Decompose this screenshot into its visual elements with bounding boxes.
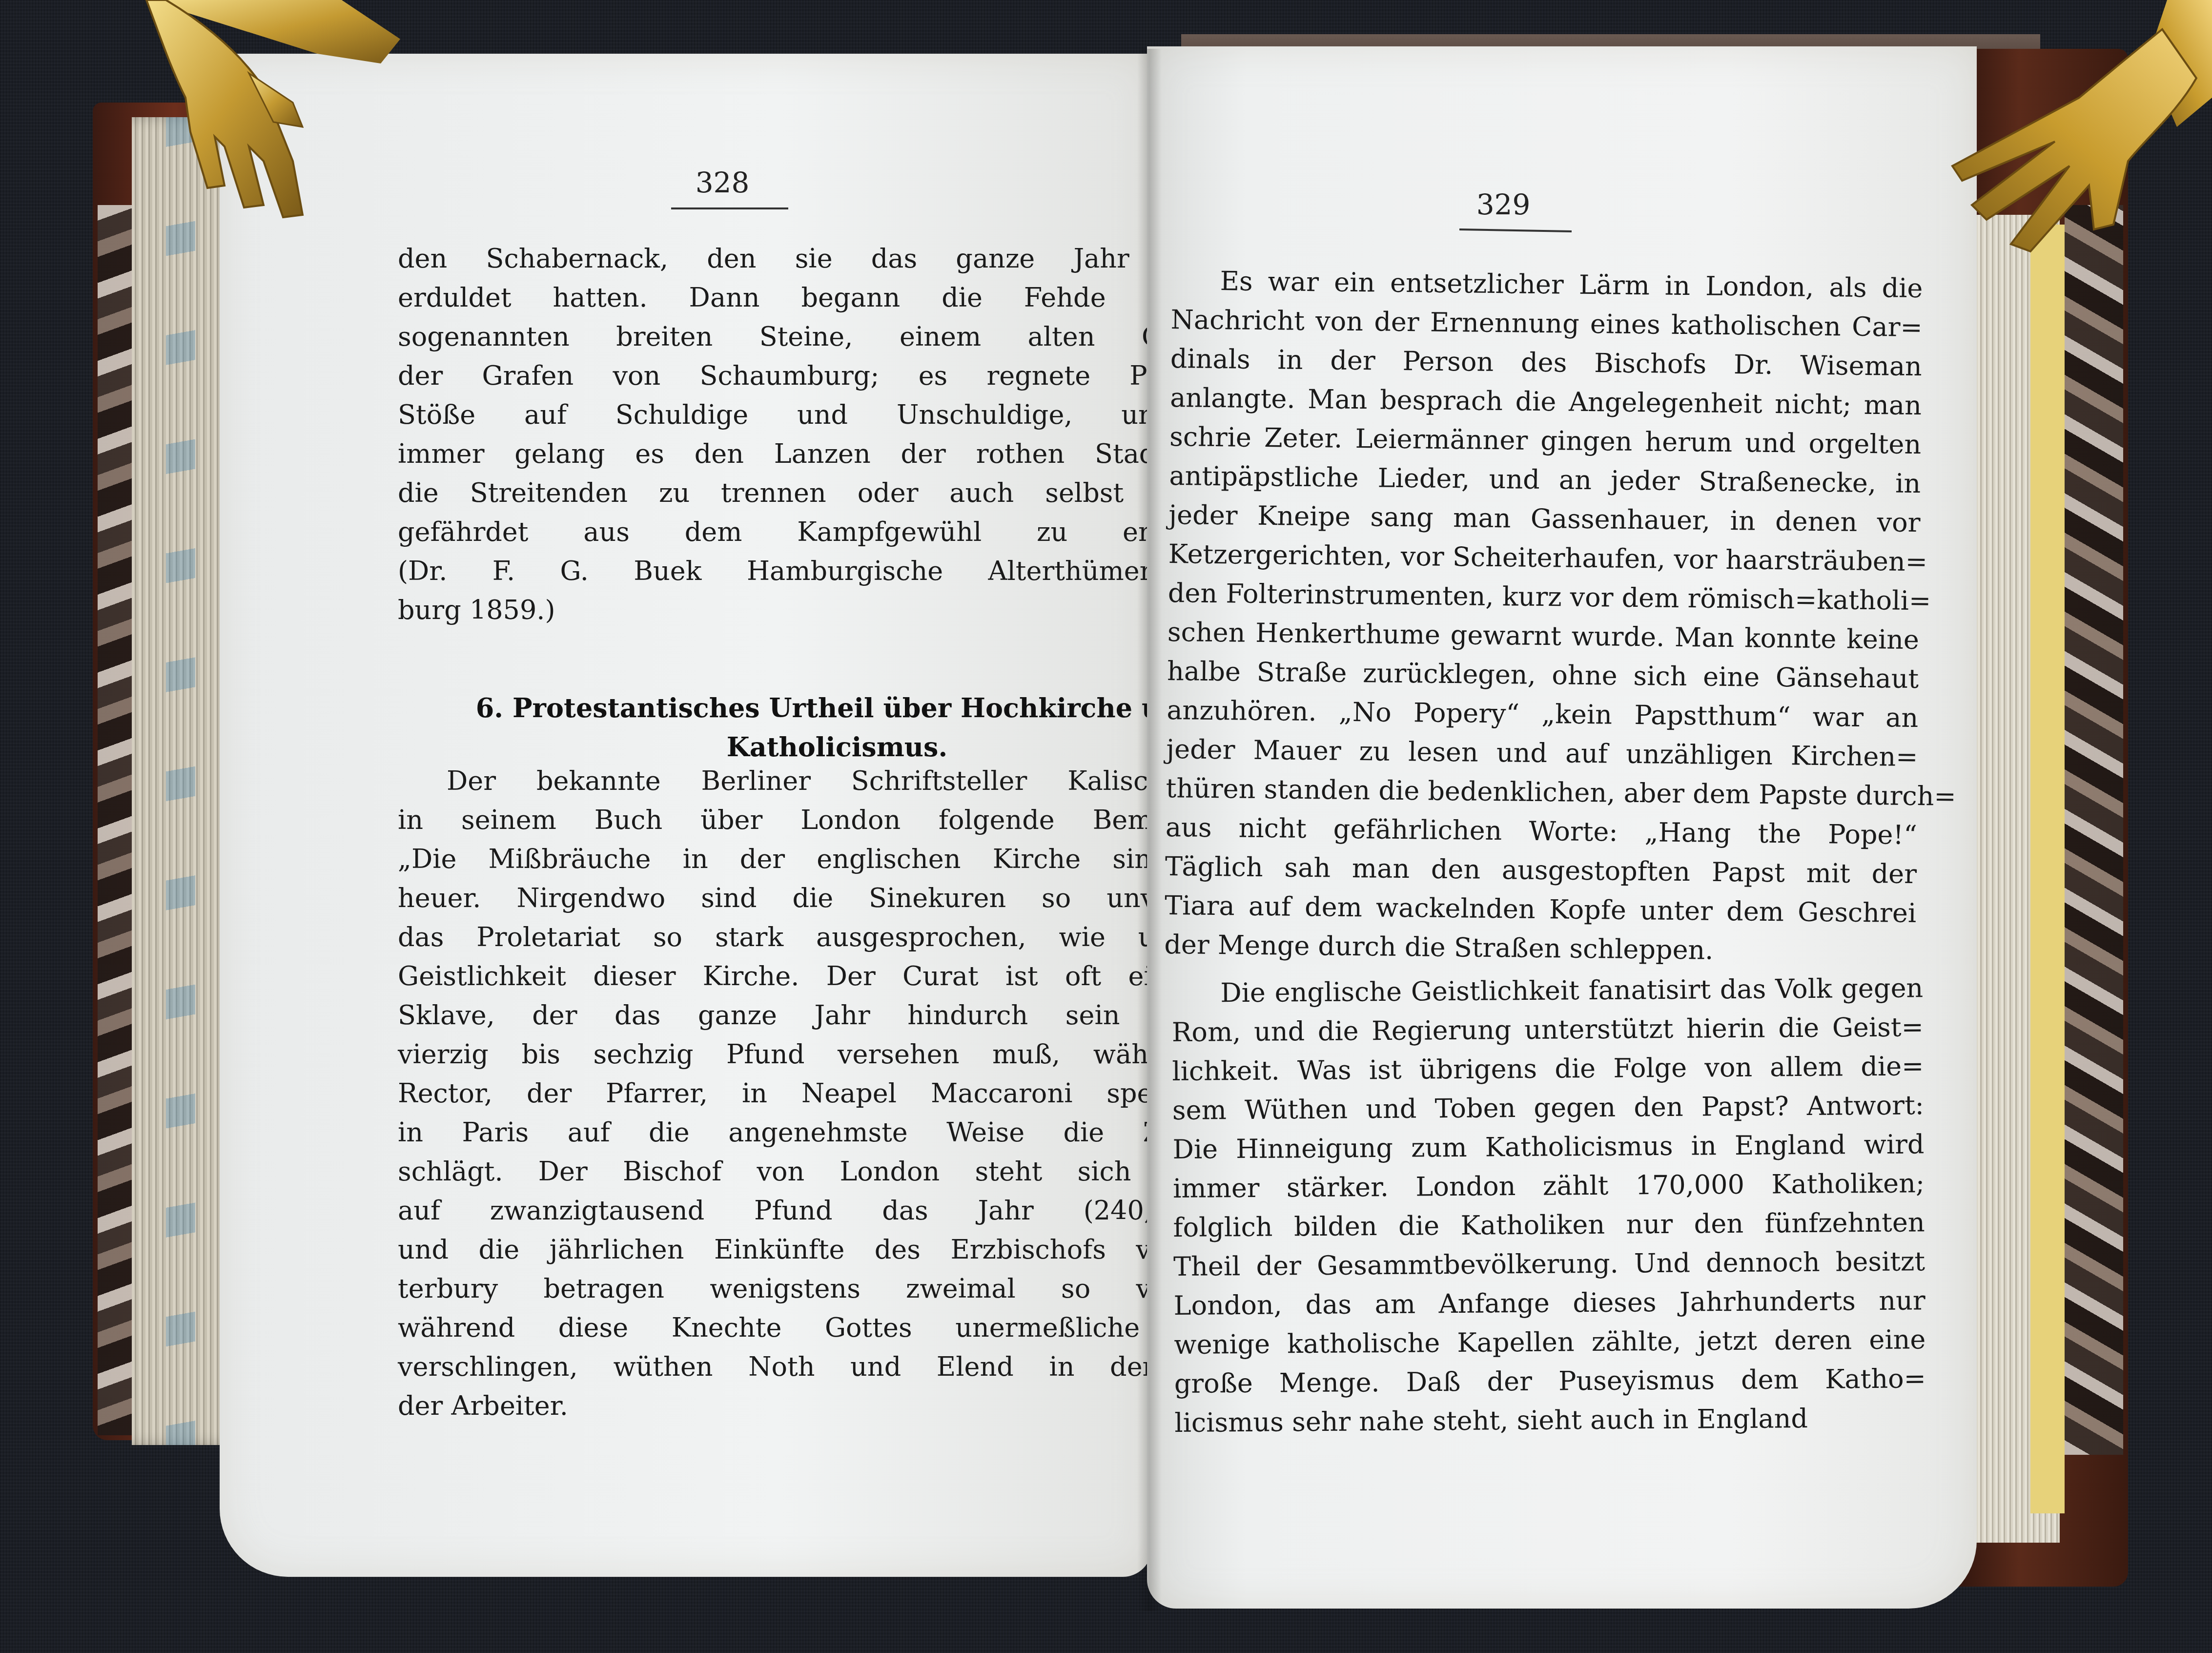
- marbled-board-right: [2065, 205, 2123, 1455]
- page-number-rule-left: [671, 207, 788, 209]
- text-line: lichkeit. Was ist übrigens die Folge von…: [1172, 1047, 1924, 1091]
- text-line: licismus sehr nahe steht, sieht auch in …: [1174, 1398, 1926, 1443]
- page-number-left: 328: [649, 166, 796, 199]
- page-number-right: 329: [1430, 188, 1577, 221]
- text-line: folglich bilden die Katholiken nur den f…: [1173, 1203, 1925, 1247]
- text-line: der Menge durch die Straßen schleppen.: [1164, 925, 1916, 972]
- text-line: Theil der Gesammtbevölkerung. Und dennoc…: [1173, 1242, 1925, 1286]
- text-line: große Menge. Daß der Puseyismus dem Kath…: [1174, 1359, 1926, 1404]
- right-paragraph-2: Die englische Geistlichkeit fanatisirt d…: [1171, 969, 1926, 1443]
- page-number-rule-right: [1459, 228, 1572, 232]
- yellow-endpaper-edge: [2030, 225, 2065, 1513]
- brass-hand-left-icon: [88, 0, 459, 239]
- text-line: Die Hinneigung zum Katholicismus in Engl…: [1172, 1125, 1925, 1169]
- left-page: 328 den Schabernack, den sie das ganze J…: [220, 54, 1152, 1577]
- text-line: sem Wüthen und Toben gegen den Papst? An…: [1172, 1086, 1925, 1130]
- text-line: Rom, und die Regierung unterstützt hieri…: [1172, 1008, 1924, 1052]
- book-gutter: [1137, 49, 1162, 1611]
- text-line: wenige katholische Kapellen zählte, jetz…: [1174, 1320, 1926, 1364]
- text-line: London, das am Anfange dieses Jahrhunder…: [1173, 1281, 1925, 1325]
- brass-hand-right-icon: [1933, 0, 2212, 254]
- text-line: Die englische Geistlichkeit fanatisirt d…: [1171, 969, 1924, 1013]
- text-line: immer stärker. London zählt 170,000 Kath…: [1173, 1164, 1925, 1208]
- right-paragraph-1: Es war ein entsetzlicher Lärm in London,…: [1164, 261, 1923, 972]
- right-page: 329 Es war ein entsetzlicher Lärm in Lon…: [1147, 46, 1977, 1609]
